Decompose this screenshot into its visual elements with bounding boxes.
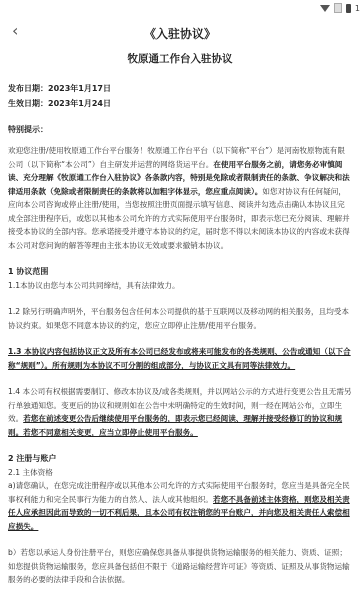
section-2-title: 2 注册与账户 [8,452,352,466]
clause-1-3: 1.3 本协议内容包括协议正文及所有本公司已经发布或将来可能发布的各类规则、公告… [8,345,352,372]
clause-2-1-title: 2.1 主体资格 [8,466,352,480]
section-1-title: 1 协议范围 [8,265,352,279]
intro-paragraph: 欢迎您注册/使用牧原通工作台平台服务！牧原通工作台平台（以下简称“平台”）是河南… [8,144,352,252]
status-bar: 1 [0,0,360,18]
clause-1-2: 1.2 除另行明确声明外，平台服务包含任何本公司提供的基于互联网以及移动网的相关… [8,305,352,332]
nav-title: 《入驻协议》 [144,25,216,42]
wifi-icon [320,5,330,12]
battery-icon [346,4,351,13]
back-chevron-icon[interactable]: ‹ [12,21,18,40]
clause-1-4-bold-text: 若您在前述变更公告后继续使用平台服务的，即表示您已经阅读、理解并接受经修订的协议… [8,414,342,437]
clause-1-1: 1.1本协议由您与本公司共同缔结，具有法律效力。 [8,279,352,293]
document-title: 牧原通工作台入驻协议 [8,53,352,67]
agreement-content[interactable]: 牧原通工作台入驻协议 发布日期：2023年1月17日 生效日期：2023年1月2… [0,53,360,587]
clause-2-1-b: b）若您以承运人身份注册平台，则您应确保您具备从事提供货物运输服务的相关能力、资… [8,546,352,587]
status-icons: 1 [320,3,360,13]
special-notice-label: 特别提示： [8,123,352,137]
publish-date: 发布日期：2023年1月17日 [8,81,352,96]
battery-level: 1 [355,4,360,13]
clause-2-1-a: a)请您确认，在您完成注册程序或以其他本公司允许的方式实际使用平台服务时，您应当… [8,479,352,533]
clause-1-3-text: 1.3 本协议内容包括协议正文及所有本公司已经发布或将来可能发布的各类规则、公告… [8,347,351,370]
clause-1-4: 1.4 本公司有权根据需要制订、修改本协议及/或各类规则，并以网站公示的方式进行… [8,385,352,439]
nav-bar: ‹ 《入驻协议》 [0,18,360,48]
no-sim-icon [334,3,342,13]
effective-date: 生效日期：2023年1月24日 [8,96,352,111]
